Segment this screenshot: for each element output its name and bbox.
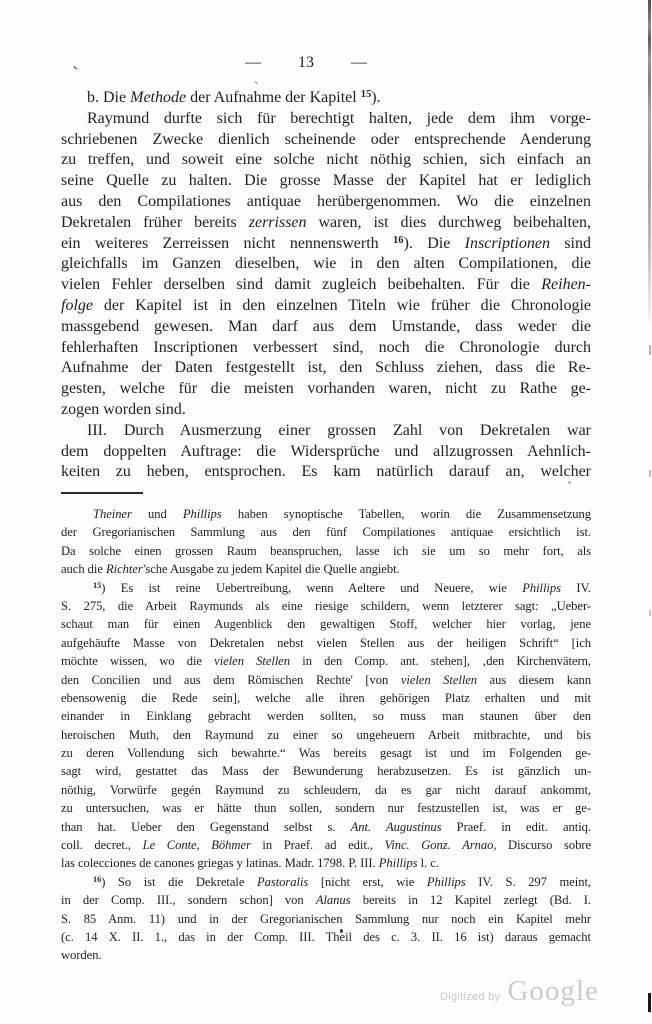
text-line: folge der Kapitel ist in den einzelnen T… <box>61 296 591 317</box>
text-segment: aus den Compilationes antiquae herüberge… <box>61 193 591 210</box>
text-segment: las colecciones de canones griegas y lat… <box>61 856 379 870</box>
text-segment: ). Die <box>404 235 465 252</box>
text-segment: Pastoralis <box>257 875 308 889</box>
book-page: — 13 — b. Die Methode der Aufnahme der K… <box>0 0 652 1024</box>
text-segment: fehlerhaften Inscriptionen verbessert si… <box>61 339 591 356</box>
text-line: schaut man für einen Augenblick den gewa… <box>61 615 591 633</box>
text-line: Dekretalen früher bereits zerrissen ware… <box>61 213 591 234</box>
text-line: den Concilien und aus dem Römischen Rech… <box>61 671 591 689</box>
text-segment: Reihen- <box>541 276 591 293</box>
text-line: gleichfalls im Ganzen dieselben, wie in … <box>61 254 591 275</box>
text-segment: gesten, welche für die meisten vorhanden… <box>61 380 591 397</box>
text-segment: sagt wird, gestattet das Mass der Bewund… <box>61 764 591 778</box>
text-segment: Aufnahme der Daten festgestellt ist, den… <box>61 359 591 376</box>
text-line: (c. 14 X. II. 1., das in der Comp. III. … <box>61 928 591 946</box>
text-line: vielen Fehler derselben sind damit zugle… <box>61 275 591 296</box>
text-segment: schriebenen Zwecke dienlich scheinende o… <box>61 131 591 148</box>
text-segment: möchte wissen, wo die <box>61 654 214 668</box>
text-segment: Vinc. Gonz. Arnao <box>385 838 494 852</box>
text-segment: [nicht erst, wie <box>308 875 427 889</box>
text-line: nöthig, Vorwürfe gegén Raymund zu schleu… <box>61 781 591 799</box>
text-segment: zu deren Vollendung sich bewahrte.“ Was … <box>61 746 591 760</box>
watermark: Digitized by Google <box>440 975 599 1008</box>
text-line: aus den Compilationes antiquae herüberge… <box>61 192 591 213</box>
text-segment: aufgehäufte Masse von Dekretalen nebst v… <box>61 636 591 650</box>
paragraph: III. Durch Ausmerzung einer grossen Zahl… <box>61 421 591 483</box>
text-segment: seine Quelle zu halten. Die grosse Masse… <box>61 172 591 189</box>
text-segment: ) So ist die Dekretale <box>101 875 257 889</box>
text-segment: und <box>132 507 183 521</box>
text-segment: folge <box>61 297 93 314</box>
text-segment: zogen worden sind. <box>61 401 186 418</box>
text-line: zu untersuchen, was er hätte thun sollen… <box>61 799 591 817</box>
text-segment: S. 275, die Arbeit Raymunds als eine rie… <box>61 599 591 613</box>
text-segment: III. Durch Ausmerzung einer grossen Zahl… <box>87 422 591 439</box>
text-segment: zu treffen, und soweit eine solche nicht… <box>61 151 591 168</box>
text-line: auch die Richter'sche Ausgabe zu jedem K… <box>61 560 591 578</box>
text-segment: ein weiteres Zerreissen nicht nennenswer… <box>61 235 393 252</box>
page-number: 13 <box>298 54 314 72</box>
text-line: seine Quelle zu halten. Die grosse Masse… <box>61 171 591 192</box>
text-line: Raymund durfte sich für berechtigt halte… <box>61 109 591 130</box>
text-line: III. Durch Ausmerzung einer grossen Zahl… <box>61 421 591 442</box>
text-line: schriebenen Zwecke dienlich scheinende o… <box>61 130 591 151</box>
text-segment: in den Comp. ant. stehen], ‚den Kirchenv… <box>290 654 591 668</box>
text-segment: vielen Fehler derselben sind damit zugle… <box>61 276 541 293</box>
text-segment: Richter' <box>106 562 145 576</box>
footnote-block: Theiner und Phillips haben synoptische T… <box>61 505 591 965</box>
text-line: zogen worden sind. <box>61 400 591 421</box>
text-line: aufgehäufte Masse von Dekretalen nebst v… <box>61 634 591 652</box>
paragraph: 15) Es ist reine Uebertreibung, wenn Ael… <box>61 579 591 873</box>
text-segment: Da solche einen grossen Raum beanspruche… <box>61 544 591 558</box>
text-segment: (c. 14 X. II. 1., das in der Comp. III. … <box>61 930 591 944</box>
footnote-marker: 16 <box>393 235 404 246</box>
text-segment: den Concilien und aus dem Römischen Rech… <box>61 673 401 687</box>
text-segment: Praef. in edit. antiq. <box>442 820 592 834</box>
text-segment: haben synoptische Tabellen, worin die Zu… <box>222 507 591 521</box>
text-segment: heroischen Muth, den Raymund zu einer so… <box>61 728 591 742</box>
text-line: las colecciones de canones griegas y lat… <box>61 854 591 872</box>
text-segment: Raymund durfte sich für berechtigt halte… <box>87 110 591 127</box>
text-line: sagt wird, gestattet das Mass der Bewund… <box>61 762 591 780</box>
text-segment: schaut man für einen Augenblick den gewa… <box>61 617 591 631</box>
text-segment: in Praef. ad edit., <box>251 838 385 852</box>
text-segment: IV. <box>561 581 591 595</box>
text-segment: worden. <box>61 948 102 962</box>
text-segment: Ant. Augustinus <box>351 820 442 834</box>
text-segment: Phillips <box>427 875 466 889</box>
text-line: keiten zu heben, entsprochen. Es kam nat… <box>61 462 591 483</box>
header-dash-left: — <box>245 54 261 72</box>
scan-artifact: ` <box>71 63 83 83</box>
text-segment: zu untersuchen, was er hätte thun sollen… <box>61 801 591 815</box>
footnote-marker: 15 <box>361 89 372 100</box>
text-segment: ). <box>371 89 380 106</box>
text-line: der Gregorianischen Sammlung aus den fün… <box>61 523 591 541</box>
text-line: in der Comp. III., sondern schon] von Al… <box>61 891 591 909</box>
text-segment: Phillips <box>379 856 418 870</box>
paragraph: 16) So ist die Dekretale Pastoralis [nic… <box>61 873 591 965</box>
text-segment: massgebend gewesen. Man darf aus dem Ums… <box>61 318 591 335</box>
text-line: gesten, welche für die meisten vorhanden… <box>61 379 591 400</box>
text-line: einander in Einklang gebracht werden sol… <box>61 707 591 725</box>
text-segment: Dekretalen früher bereits <box>61 214 249 231</box>
google-logo: Google <box>507 975 598 1008</box>
scan-artifact <box>648 993 651 1012</box>
text-segment: zerrissen <box>249 214 307 231</box>
text-line: than hat. Ueber den Gegenstand selbst s.… <box>61 818 591 836</box>
paragraph: b. Die Methode der Aufnahme der Kapitel … <box>61 88 591 109</box>
text-segment: auch die <box>61 562 106 576</box>
text-segment: nöthig, Vorwürfe gegén Raymund zu schleu… <box>61 783 591 797</box>
text-segment: , Discurso sobre <box>493 838 591 852</box>
text-segment: Phillips <box>183 507 222 521</box>
text-line: ebensowenig die Rede sein], welche alle … <box>61 689 591 707</box>
text-segment: Theiner <box>93 507 132 521</box>
text-segment: vielen Stellen <box>401 673 477 687</box>
text-line: massgebend gewesen. Man darf aus dem Ums… <box>61 317 591 338</box>
text-line: Theiner und Phillips haben synoptische T… <box>61 505 591 523</box>
text-segment: keiten zu heben, entsprochen. Es kam nat… <box>61 463 591 480</box>
text-line: coll. decret., Le Conte, Böhmer in Praef… <box>61 836 591 854</box>
footnote-marker: 15 <box>93 581 101 590</box>
footnote-marker: 16 <box>93 875 101 884</box>
watermark-prefix: Digitized by <box>440 991 500 1003</box>
text-line: Da solche einen grossen Raum beanspruche… <box>61 542 591 560</box>
text-segment: dem doppelten Auftrage: die Widersprüche… <box>61 443 591 460</box>
text-segment: der Kapitel ist in den einzelnen Titeln … <box>93 297 591 314</box>
text-line: heroischen Muth, den Raymund zu einer so… <box>61 726 591 744</box>
text-line: zu treffen, und soweit eine solche nicht… <box>61 150 591 171</box>
text-segment: Methode <box>130 89 186 106</box>
text-segment: ebensowenig die Rede sein], welche alle … <box>61 691 591 705</box>
text-line: b. Die Methode der Aufnahme der Kapitel … <box>61 88 591 109</box>
text-line: möchte wissen, wo die vielen Stellen in … <box>61 652 591 670</box>
text-line: 15) Es ist reine Uebertreibung, wenn Ael… <box>61 579 591 597</box>
text-segment: S. 85 Anm. 11) und in der Gregorianische… <box>61 912 591 926</box>
header-dash-right: — <box>351 54 367 72</box>
text-segment: sind <box>550 235 591 252</box>
text-line: Aufnahme der Daten festgestellt ist, den… <box>61 358 591 379</box>
text-segment: einander in Einklang gebracht werden sol… <box>61 709 591 723</box>
text-segment: b. Die <box>87 89 130 106</box>
main-text-block: b. Die Methode der Aufnahme der Kapitel … <box>61 88 591 483</box>
scan-artifact <box>648 0 651 330</box>
text-segment: coll. decret., <box>61 838 143 852</box>
text-line: ein weiteres Zerreissen nicht nennenswer… <box>61 234 591 255</box>
scan-artifact <box>649 345 651 355</box>
scan-artifact <box>649 470 651 477</box>
text-line: S. 85 Anm. 11) und in der Gregorianische… <box>61 910 591 928</box>
paragraph: Raymund durfte sich für berechtigt halte… <box>61 109 591 421</box>
text-segment: Alanus <box>316 893 351 907</box>
text-segment: than hat. Ueber den Gegenstand selbst s. <box>61 820 351 834</box>
text-segment: der Gregorianischen Sammlung aus den fün… <box>61 525 591 539</box>
text-line: dem doppelten Auftrage: die Widersprüche… <box>61 442 591 463</box>
text-line: fehlerhaften Inscriptionen verbessert si… <box>61 338 591 359</box>
text-segment: sche Ausgabe zu jedem Kapitel die Quelle… <box>145 562 399 576</box>
text-segment: waren, ist dies durchweg beibehalten, <box>307 214 591 231</box>
paragraph: Theiner und Phillips haben synoptische T… <box>61 505 591 579</box>
text-line: 16) So ist die Dekretale Pastoralis [nic… <box>61 873 591 891</box>
page-header: — 13 — <box>245 54 367 72</box>
footnote-separator <box>61 492 143 494</box>
text-segment: IV. S. 297 meint, <box>466 875 591 889</box>
text-line: S. 275, die Arbeit Raymunds als eine rie… <box>61 597 591 615</box>
text-segment: der Aufnahme der Kapitel <box>186 89 361 106</box>
text-segment: l. c. <box>418 856 439 870</box>
text-line: zu deren Vollendung sich bewahrte.“ Was … <box>61 744 591 762</box>
text-segment: gleichfalls im Ganzen dieselben, wie in … <box>61 255 591 272</box>
text-segment: Inscriptionen <box>465 235 550 252</box>
text-line: worden. <box>61 946 591 964</box>
text-segment: aus diesem kann <box>477 673 591 687</box>
text-segment: ) Es ist reine Uebertreibung, wenn Aelte… <box>101 581 522 595</box>
text-segment: in der Comp. III., sondern schon] von <box>61 893 316 907</box>
text-segment: Le Conte, Böhmer <box>143 838 251 852</box>
text-segment: bereits in 12 Kapitel zerlegt (Bd. I. <box>351 893 591 907</box>
text-segment: Phillips <box>522 581 561 595</box>
text-segment: vielen Stellen <box>214 654 290 668</box>
scan-artifact <box>649 610 651 616</box>
